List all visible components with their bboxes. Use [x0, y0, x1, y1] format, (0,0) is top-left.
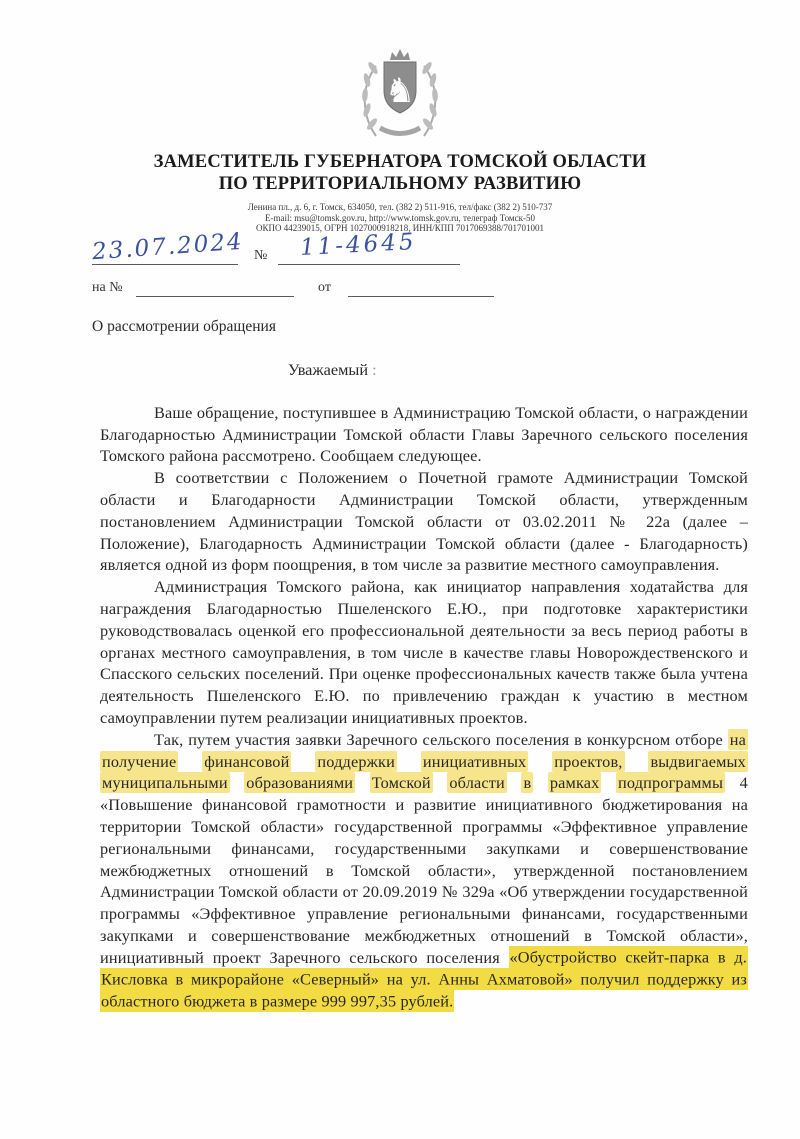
highlighted-word: на — [728, 729, 748, 750]
paragraph: Ваше обращение, поступившее в Администра… — [100, 402, 748, 467]
body-text-segment: В соответствии с Положением о Почетной г… — [100, 468, 748, 574]
reply-to-label: на № — [92, 280, 123, 296]
handwritten-date: 23.07.2024 — [91, 229, 244, 266]
highlighted-word: инициативных — [421, 751, 528, 772]
body-text-segment: Ваше обращение, поступившее в Администра… — [100, 403, 748, 466]
contact-email-line: E-mail: msu@tomsk.gov.ru, http://www.tom… — [0, 213, 800, 224]
letter-body: Ваше обращение, поступившее в Администра… — [100, 402, 748, 1012]
handwritten-number: 11-4645 — [299, 229, 417, 261]
contact-address-line: Ленина пл., д. 6, г. Томск, 634050, тел.… — [0, 202, 800, 213]
org-name-line2: ПО ТЕРРИТОРИАЛЬНОМУ РАЗВИТИЮ — [0, 174, 800, 196]
paragraph: В соответствии с Положением о Почетной г… — [100, 467, 748, 576]
ribbon-shape — [380, 128, 420, 134]
highlighted-word: выдвигаемых — [648, 751, 747, 772]
tomsk-coat-of-arms-icon: ♞ — [345, 46, 455, 146]
number-blank-line — [278, 264, 460, 265]
body-text-segment: 4 «Повышение финансовой грамотности и ра… — [100, 773, 748, 966]
crown-icon — [390, 49, 410, 60]
body-text-segment: Администрация Томского района, как иници… — [100, 577, 748, 727]
from-blank-line — [348, 296, 494, 297]
org-name-line1: ЗАМЕСТИТЕЛЬ ГУБЕРНАТОРА ТОМСКОЙ ОБЛАСТИ — [0, 152, 800, 174]
coat-of-arms-svg: ♞ — [346, 46, 454, 146]
highlighted-word: получение — [100, 751, 178, 772]
highlighted-word: муниципальными — [100, 772, 230, 793]
date-blank-line — [92, 264, 238, 265]
salutation-redacted-mark: : — [372, 360, 377, 379]
highlighted-word: финансовой — [202, 751, 291, 772]
salutation-text: Уважаемый — [288, 360, 368, 379]
highlighted-word: поддержки — [315, 751, 397, 772]
horse-icon: ♞ — [385, 71, 415, 111]
highlighted-word: подпрограммы — [616, 772, 725, 793]
reply-to-blank-line — [136, 296, 294, 297]
highlighted-word: области — [447, 772, 506, 793]
number-label: № — [254, 248, 267, 264]
highlighted-word: проектов, — [552, 751, 624, 772]
salutation-line: Уважаемый : — [288, 360, 748, 380]
reference-block: 23.07.2024 № 11-4645 на № от — [92, 240, 748, 302]
highlighted-word: Томской — [370, 772, 433, 793]
highlighted-word: в — [521, 772, 533, 793]
paragraph: Администрация Томского района, как иници… — [100, 576, 748, 729]
from-label: от — [318, 280, 331, 296]
scanned-letter-page: ♞ ЗАМЕСТИТЕЛЬ ГУБЕРНАТОРА ТОМСКОЙ ОБЛАСТ… — [0, 0, 800, 1139]
body-text-segment: Так, путем участия заявки Заречного сель… — [154, 730, 728, 749]
paragraph: Так, путем участия заявки Заречного сель… — [100, 729, 748, 1012]
letterhead-org-name: ЗАМЕСТИТЕЛЬ ГУБЕРНАТОРА ТОМСКОЙ ОБЛАСТИ … — [0, 152, 800, 195]
letter-subject: О рассмотрении обращения — [92, 318, 748, 336]
highlighted-word: образованиями — [244, 772, 355, 793]
highlighted-word: рамках — [548, 772, 602, 793]
